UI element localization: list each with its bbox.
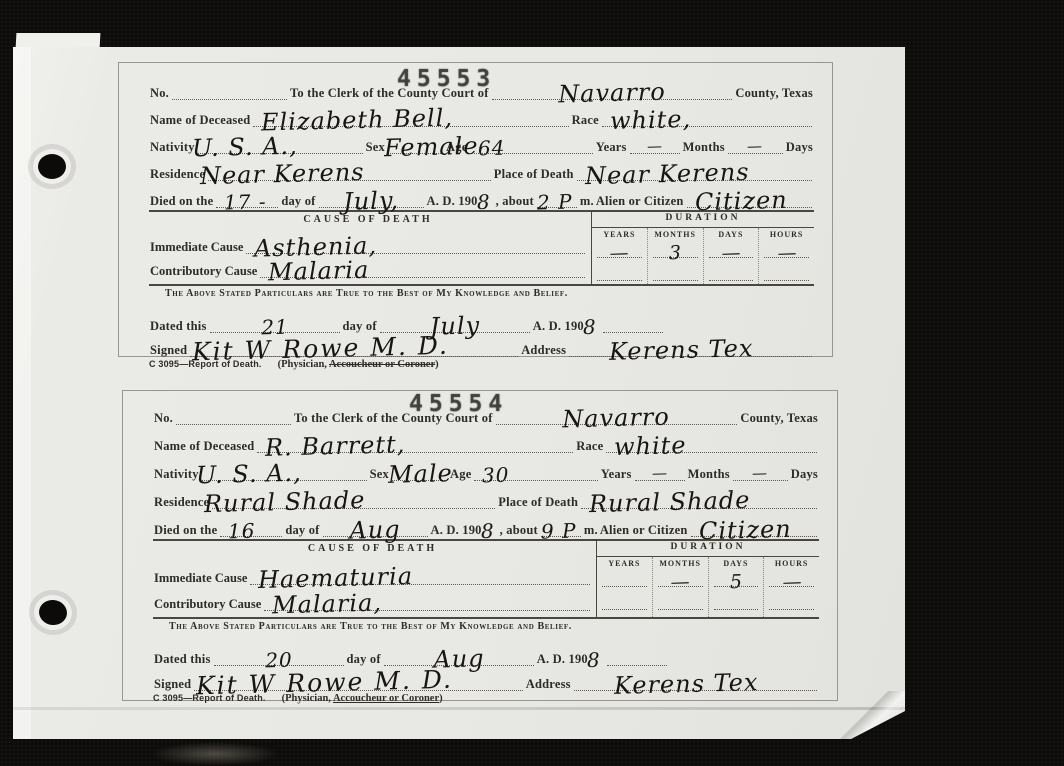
duration-grid: YEARS — MONTHS 3 [592, 228, 814, 284]
death-report-form-1: 45553 No. To the Clerk of the County Cou… [118, 62, 833, 357]
nativity-label: Nativity [149, 141, 196, 154]
sex-blank: Female [388, 149, 443, 154]
duration-years-column: YEARS [597, 557, 653, 617]
months-column-header: MONTHS [653, 557, 708, 570]
citizen-blank: Citizen [687, 203, 813, 208]
address-handwritten: Kerens Tex [609, 339, 754, 361]
duration-days-cell-2 [714, 587, 759, 610]
cause-duration-section: CAUSE OF DEATH Immediate Cause Haematuri… [153, 539, 819, 619]
scan-background: 45553 No. To the Clerk of the County Cou… [0, 0, 1064, 766]
days-column-header: DAYS [709, 557, 764, 570]
county-blank: Navarro [496, 420, 738, 425]
no-label: No. [153, 412, 174, 425]
day-of-label: day of [284, 524, 320, 537]
duration-hours-column: HOURS — [764, 557, 819, 617]
duration-table: DURATION YEARS — MONTHS 3 [591, 212, 814, 284]
age-months-blank: — [728, 149, 783, 154]
day-of-label: day of [280, 195, 316, 208]
residence-label: Residence [153, 496, 210, 509]
about-label: , about [499, 524, 539, 537]
signature-handwritten: Kit W Rowe M. D. [196, 671, 453, 696]
duration-months-column: MONTHS — [653, 557, 709, 617]
duration-hours-cell-2 [764, 258, 809, 281]
immediate-cause-row: Immediate Cause Haematuria [153, 559, 592, 585]
county-handwritten: Navarro [562, 408, 670, 429]
citizen-handwritten: Citizen [698, 520, 791, 540]
no-label: No. [149, 87, 170, 100]
physician-note-close: ) [439, 693, 443, 704]
dated-day-blank: 21 [210, 328, 340, 333]
contributory-cause-label: Contributory Cause [149, 265, 258, 278]
document-paper: 45553 No. To the Clerk of the County Cou… [13, 47, 905, 739]
duration-days-cell: 5 [714, 570, 759, 587]
duration-months-cell-2 [653, 258, 698, 281]
duration-hours-column: HOURS — [759, 228, 814, 284]
nativity-blank: U. S. A., [202, 476, 367, 481]
dated-year-digit-handwritten: 8 [583, 320, 597, 335]
race-blank: white [606, 448, 817, 453]
immediate-cause-label: Immediate Cause [149, 241, 244, 254]
age-years-handwritten: — [646, 141, 662, 153]
died-month-handwritten: Aug [349, 520, 401, 539]
immediate-cause-handwritten: Haematuria [258, 567, 413, 589]
hours-column-header: HOURS [759, 228, 814, 241]
address-label: Address [525, 678, 572, 691]
paper-crease [13, 707, 905, 710]
place-of-death-label: Place of Death [493, 168, 575, 181]
name-of-deceased-label: Name of Deceased [149, 114, 251, 127]
county-blank: Navarro [492, 95, 733, 100]
duration-days-column: DAYS — [704, 228, 760, 284]
duration-months-column: MONTHS 3 [648, 228, 704, 284]
signature-blank: Kit W Rowe M. D. [190, 352, 518, 357]
alien-citizen-label: Alien or Citizen [599, 524, 689, 537]
years-label: Years [595, 141, 628, 154]
ad-190-label: A. D. 190 [426, 195, 479, 208]
months-label: Months [687, 468, 731, 481]
duration-years-column: YEARS — [592, 228, 648, 284]
dated-trailer-blank [603, 328, 663, 333]
duration-table: DURATION YEARS MONTHS — [596, 541, 819, 617]
punch-hole-bottom [37, 598, 68, 627]
duration-hours-cell: — [764, 241, 809, 258]
contributory-cause-blank: Malaria, [264, 606, 590, 611]
physician-note-close: ) [435, 359, 439, 370]
died-month-blank: Aug [323, 532, 428, 537]
race-label: Race [575, 440, 604, 453]
contributory-cause-label: Contributory Cause [153, 598, 262, 611]
dated-day-handwritten: 21 [261, 320, 289, 336]
sex-handwritten: Male [388, 464, 453, 484]
died-month-handwritten: July, [343, 191, 399, 210]
years-label: Years [600, 468, 633, 481]
address-blank: Kerens Tex [574, 686, 817, 691]
dated-year-digit-handwritten: 8 [587, 653, 601, 668]
form-row-dated: Dated this 21 day of July A. D. 190 8 [149, 302, 814, 333]
ad-190-label: A. D. 190 [430, 524, 483, 537]
sex-label: Sex [365, 141, 386, 154]
age-handwritten: 30 [482, 468, 510, 484]
county-texas-label: County, Texas [734, 87, 814, 100]
contributory-cause-row: Contributory Cause Malaria, [153, 585, 592, 611]
place-of-death-blank: Near Kerens [577, 176, 812, 181]
contributory-cause-row: Contributory Cause Malaria [149, 254, 587, 278]
age-blank: 30 [474, 476, 597, 481]
dated-ad-label: A. D. 190 [532, 320, 585, 333]
sex-blank: Male [392, 476, 447, 481]
nativity-handwritten: U. S. A., [191, 137, 297, 158]
residence-label: Residence [149, 168, 206, 181]
cause-of-death-panel: CAUSE OF DEATH Immediate Cause Haematuri… [153, 541, 596, 617]
signature-handwritten: Kit W Rowe M. D. [192, 337, 449, 362]
signed-label: Signed [153, 678, 192, 691]
age-years-blank: — [635, 476, 685, 481]
name-of-deceased-label: Name of Deceased [153, 440, 255, 453]
died-year-digit-handwritten: 8 [480, 524, 494, 539]
name-blank: Elizabeth Bell, [253, 122, 568, 127]
duration-grid: YEARS MONTHS — [597, 557, 819, 617]
dated-day-blank: 20 [214, 661, 344, 666]
paper-left-edge [13, 47, 31, 739]
form-row-nativity: Nativity U. S. A., Sex Male Age 30 Years… [153, 453, 819, 481]
died-year-digit-handwritten: 8 [476, 195, 490, 210]
citizen-handwritten: Citizen [694, 191, 787, 211]
died-day-handwritten: 17 - [224, 194, 267, 210]
months-label: Months [682, 141, 726, 154]
citizen-blank: Citizen [691, 532, 818, 537]
form-row-signed: Signed Kit W Rowe M. D. Address Kerens T… [153, 666, 819, 691]
name-handwritten: R. Barrett, [265, 435, 406, 457]
days-label: Days [785, 141, 814, 154]
duration-days-cell-2 [709, 258, 754, 281]
death-report-form-2: 45554 No. To the Clerk of the County Cou… [122, 390, 838, 701]
name-handwritten: Elizabeth Bell, [261, 108, 453, 131]
nativity-blank: U. S. A., [198, 149, 363, 154]
dated-day-handwritten: 20 [265, 653, 293, 669]
age-years-handwritten: — [651, 468, 667, 480]
m-label: m. [583, 524, 599, 537]
about-label: , about [495, 195, 535, 208]
duration-years-cell-2 [597, 258, 642, 281]
dated-trailer-blank [607, 661, 667, 666]
residence-blank: Near Kerens [208, 176, 490, 181]
sex-label: Sex [369, 468, 390, 481]
form-row-nativity: Nativity U. S. A., Sex Female Age 64 Yea… [149, 127, 814, 154]
duration-years-cell [602, 570, 647, 587]
punch-hole-top [38, 154, 66, 179]
dated-day-of-label: day of [342, 320, 378, 333]
died-on-label: Died on the [149, 195, 214, 208]
signed-label: Signed [149, 344, 188, 357]
died-time-handwritten: 9 P [541, 524, 577, 540]
cause-of-death-panel: CAUSE OF DEATH Immediate Cause Asthenia,… [149, 212, 591, 284]
months-column-header: MONTHS [648, 228, 703, 241]
race-handwritten: white [614, 436, 687, 456]
sex-handwritten: Female [384, 137, 479, 157]
place-of-death-handwritten: Rural Shade [589, 491, 751, 513]
m-label: m. [579, 195, 595, 208]
alien-citizen-label: Alien or Citizen [595, 195, 685, 208]
dated-this-label: Dated this [149, 320, 208, 333]
immediate-cause-blank: Asthenia, [246, 249, 585, 254]
form-number-stamp: 45554 [409, 391, 508, 417]
affirmation-text: The Above Stated Particulars are True to… [153, 619, 819, 635]
immediate-cause-row: Immediate Cause Asthenia, [149, 230, 587, 254]
name-blank: R. Barrett, [257, 448, 573, 453]
died-day-blank: 16 [220, 532, 282, 537]
years-column-header: YEARS [592, 228, 647, 241]
address-label: Address [520, 344, 567, 357]
duration-days-cell: — [709, 241, 754, 258]
days-column-header: DAYS [704, 228, 759, 241]
died-month-blank: July, [319, 203, 424, 208]
duration-years-cell-2 [602, 587, 647, 610]
duration-months-cell-2 [658, 587, 703, 610]
hours-column-header: HOURS [764, 557, 819, 570]
form-row-dated: Dated this 20 day of Aug A. D. 190 8 [153, 635, 819, 666]
duration-months-cell: 3 [653, 241, 698, 258]
died-day-handwritten: 16 [228, 524, 256, 540]
duration-days-column: DAYS 5 [709, 557, 765, 617]
county-texas-label: County, Texas [739, 412, 819, 425]
cause-duration-section: CAUSE OF DEATH Immediate Cause Asthenia,… [149, 210, 814, 286]
immediate-cause-blank: Haematuria [250, 580, 590, 585]
age-months-handwritten: — [752, 468, 768, 480]
nativity-handwritten: U. S. A., [195, 464, 301, 485]
signature-blank: Kit W Rowe M. D. [194, 686, 522, 691]
form-row-signed: Signed Kit W Rowe M. D. Address Kerens T… [149, 333, 814, 357]
contributory-cause-handwritten: Malaria, [272, 594, 382, 615]
place-of-death-blank: Rural Shade [581, 504, 817, 509]
died-day-blank: 17 - [216, 203, 278, 208]
race-blank: white, [602, 122, 812, 127]
paper-tab [16, 33, 101, 49]
address-blank: Kerens Tex [569, 352, 812, 357]
duration-years-cell: — [597, 241, 642, 258]
duration-hours-cell-2 [769, 587, 814, 610]
age-months-blank: — [733, 476, 788, 481]
residence-blank: Rural Shade [212, 504, 495, 509]
race-label: Race [571, 114, 600, 127]
residence-handwritten: Near Kerens [200, 163, 365, 185]
scan-smudge [150, 742, 280, 766]
form-number-stamp: 45553 [397, 66, 496, 92]
duration-hours-cell: — [769, 570, 814, 587]
died-on-label: Died on the [153, 524, 218, 537]
place-of-death-label: Place of Death [497, 496, 579, 509]
dated-ad-label: A. D. 190 [536, 653, 589, 666]
nativity-label: Nativity [153, 468, 200, 481]
affirmation-text: The Above Stated Particulars are True to… [149, 286, 814, 302]
dated-day-of-label: day of [346, 653, 382, 666]
residence-handwritten: Rural Shade [204, 491, 366, 513]
no-blank [176, 420, 291, 425]
dated-this-label: Dated this [153, 653, 212, 666]
years-column-header: YEARS [597, 557, 652, 570]
duration-months-cell: — [658, 570, 703, 587]
immediate-cause-handwritten: Asthenia, [254, 236, 377, 257]
race-handwritten: white, [610, 110, 692, 130]
age-blank: 64 [470, 149, 592, 154]
days-label: Days [790, 468, 819, 481]
age-months-handwritten: — [747, 141, 763, 153]
contributory-cause-blank: Malaria [260, 273, 585, 278]
address-handwritten: Kerens Tex [613, 673, 758, 695]
form-row-name: Name of Deceased R. Barrett, Race white [153, 425, 819, 453]
died-time-blank: 9 P [541, 532, 581, 537]
died-time-handwritten: 2 P [537, 195, 573, 211]
died-time-blank: 2 P [537, 203, 577, 208]
contributory-cause-handwritten: Malaria [268, 261, 370, 282]
place-of-death-handwritten: Near Kerens [584, 163, 749, 185]
no-blank [172, 95, 287, 100]
age-handwritten: 64 [478, 141, 506, 157]
form-row-name: Name of Deceased Elizabeth Bell, Race wh… [149, 100, 814, 127]
county-handwritten: Navarro [558, 83, 666, 104]
immediate-cause-label: Immediate Cause [153, 572, 248, 585]
age-years-blank: — [630, 149, 680, 154]
